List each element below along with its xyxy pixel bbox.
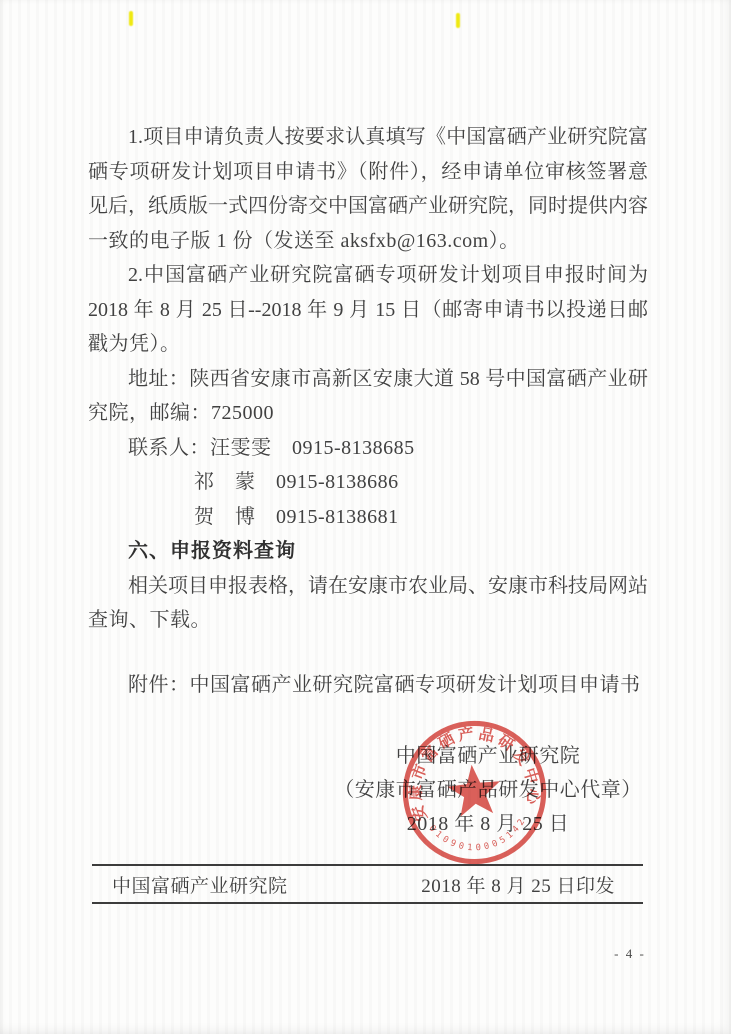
body-line: 1.项目申请负责人按要求认真填写《中国富硒产业研究院富 bbox=[88, 120, 648, 155]
contact-line: 贺 博 0915-8138681 bbox=[88, 500, 648, 535]
scanned-document-page: 1.项目申请负责人按要求认真填写《中国富硒产业研究院富 硒专项研发计划项目申请书… bbox=[0, 0, 731, 1034]
attachment-line: 附件：中国富硒产业研究院富硒专项研发计划项目申请书 bbox=[88, 668, 648, 703]
body-line: 2.中国富硒产业研究院富硒专项研发计划项目申报时间为 bbox=[88, 258, 648, 293]
footer-issue-date: 2018 年 8 月 25 日印发 bbox=[421, 871, 615, 898]
contact-line: 祁 蒙 0915-8138686 bbox=[88, 465, 648, 500]
body-line: 相关项目申报表格，请在安康市农业局、安康市科技局网站 bbox=[88, 569, 648, 604]
official-seal: 安康市富硒产品研发中心 0109010005142 bbox=[384, 702, 565, 883]
body-line: 2018 年 8 月 25 日--2018 年 9 月 15 日（邮寄申请书以投… bbox=[88, 293, 648, 328]
footer-bar: 中国富硒产业研究院 2018 年 8 月 25 日印发 bbox=[92, 864, 643, 904]
body-line: 见后，纸质版一式四份寄交中国富硒产业研究院，同时提供内容 bbox=[88, 189, 648, 224]
body-line: 硒专项研发计划项目申请书》（附件），经申请单位审核签署意 bbox=[88, 155, 648, 190]
body-line: 查询、下载。 bbox=[88, 603, 648, 638]
seal-star-icon bbox=[445, 762, 503, 818]
scan-artifact-mark bbox=[456, 13, 460, 28]
document-body: 1.项目申请负责人按要求认真填写《中国富硒产业研究院富 硒专项研发计划项目申请书… bbox=[88, 120, 648, 702]
contact-line: 联系人：汪雯雯 0915-8138685 bbox=[88, 431, 648, 466]
scan-artifact-mark bbox=[129, 11, 133, 26]
body-line: 戳为凭）。 bbox=[88, 327, 648, 362]
body-line: 地址：陕西省安康市高新区安康大道 58 号中国富硒产业研 bbox=[88, 362, 648, 397]
footer-issuer: 中国富硒产业研究院 bbox=[112, 871, 288, 898]
body-line: 一致的电子版 1 份（发送至 aksfxb@163.com）。 bbox=[88, 224, 648, 259]
page-number: - 4 - bbox=[600, 946, 660, 962]
section-heading: 六、申报资料查询 bbox=[88, 534, 648, 569]
body-line: 究院，邮编：725000 bbox=[88, 396, 648, 431]
